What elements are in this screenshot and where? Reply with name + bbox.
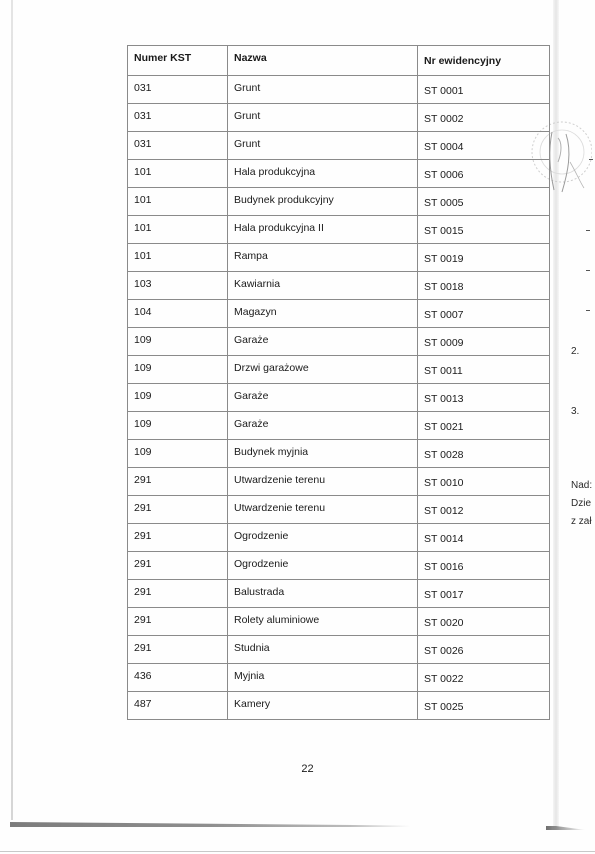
table-row: 436MyjniaST 0022 [128, 664, 550, 692]
cell-nazwa: Drzwi garażowe [228, 356, 418, 384]
cell-nazwa: Garaże [228, 384, 418, 412]
cell-numer-kst: 291 [128, 524, 228, 552]
cell-nazwa: Myjnia [228, 664, 418, 692]
page-bottom-shadow [10, 822, 410, 827]
cell-nazwa: Rolety aluminiowe [228, 608, 418, 636]
table-row: 109GarażeST 0013 [128, 384, 550, 412]
table-row: 109GarażeST 0009 [128, 328, 550, 356]
header-numer-kst: Numer KST [128, 46, 228, 76]
cell-nr-ewidencyjny: ST 0012 [418, 496, 550, 524]
table-row: 103KawiarniaST 0018 [128, 272, 550, 300]
cell-nr-ewidencyjny: ST 0004 [418, 132, 550, 160]
cell-numer-kst: 291 [128, 468, 228, 496]
table-row: 031GruntST 0002 [128, 104, 550, 132]
adjacent-item-2: 2. [571, 346, 579, 357]
cell-nr-ewidencyjny: ST 0005 [418, 188, 550, 216]
cell-nr-ewidencyjny: ST 0025 [418, 692, 550, 720]
cell-nazwa: Ogrodzenie [228, 524, 418, 552]
cell-nazwa: Ogrodzenie [228, 552, 418, 580]
bleed-dash [589, 159, 593, 160]
cell-nr-ewidencyjny: ST 0028 [418, 440, 550, 468]
cell-nr-ewidencyjny: ST 0009 [418, 328, 550, 356]
scanned-page: Numer KST Nazwa Nr ewidencyjny 031GruntS… [0, 0, 595, 854]
cell-nr-ewidencyjny: ST 0011 [418, 356, 550, 384]
table-row: 101RampaST 0019 [128, 244, 550, 272]
cell-numer-kst: 101 [128, 188, 228, 216]
cell-nazwa: Garaże [228, 412, 418, 440]
header-nazwa: Nazwa [228, 46, 418, 76]
table-row: 101Budynek produkcyjnyST 0005 [128, 188, 550, 216]
table-row: 031GruntST 0004 [128, 132, 550, 160]
cell-nr-ewidencyjny: ST 0018 [418, 272, 550, 300]
table-row: 291OgrodzenieST 0014 [128, 524, 550, 552]
cell-numer-kst: 101 [128, 244, 228, 272]
cell-nr-ewidencyjny: ST 0021 [418, 412, 550, 440]
cell-nr-ewidencyjny: ST 0016 [418, 552, 550, 580]
cell-nr-ewidencyjny: ST 0001 [418, 76, 550, 104]
cell-nazwa: Kamery [228, 692, 418, 720]
cell-nazwa: Grunt [228, 76, 418, 104]
cell-nazwa: Rampa [228, 244, 418, 272]
cell-numer-kst: 291 [128, 552, 228, 580]
bleed-dash [586, 230, 590, 231]
cell-nr-ewidencyjny: ST 0015 [418, 216, 550, 244]
table-row: 291Utwardzenie terenuST 0010 [128, 468, 550, 496]
cell-nazwa: Kawiarnia [228, 272, 418, 300]
header-nr-ewidencyjny: Nr ewidencyjny [418, 46, 550, 76]
cell-nazwa: Hala produkcyjna II [228, 216, 418, 244]
cell-nr-ewidencyjny: ST 0013 [418, 384, 550, 412]
cell-numer-kst: 104 [128, 300, 228, 328]
table-header-row: Numer KST Nazwa Nr ewidencyjny [128, 46, 550, 76]
cell-numer-kst: 109 [128, 440, 228, 468]
cell-nr-ewidencyjny: ST 0019 [418, 244, 550, 272]
cell-nazwa: Budynek myjnia [228, 440, 418, 468]
cell-nazwa: Hala produkcyjna [228, 160, 418, 188]
cell-nazwa: Magazyn [228, 300, 418, 328]
bleed-dash [586, 270, 590, 271]
table-body: 031GruntST 0001031GruntST 0002031GruntST… [128, 76, 550, 720]
cell-nr-ewidencyjny: ST 0014 [418, 524, 550, 552]
page-bottom-line [0, 851, 595, 852]
table-row: 291Utwardzenie terenuST 0012 [128, 496, 550, 524]
adjacent-item-3: 3. [571, 406, 579, 417]
cell-numer-kst: 109 [128, 412, 228, 440]
fixed-assets-table: Numer KST Nazwa Nr ewidencyjny 031GruntS… [127, 45, 550, 720]
cell-nazwa: Utwardzenie terenu [228, 468, 418, 496]
table-row: 291OgrodzenieST 0016 [128, 552, 550, 580]
table-row: 109Budynek myjniaST 0028 [128, 440, 550, 468]
cell-nr-ewidencyjny: ST 0026 [418, 636, 550, 664]
cell-numer-kst: 436 [128, 664, 228, 692]
table-row: 291BalustradaST 0017 [128, 580, 550, 608]
cell-numer-kst: 291 [128, 580, 228, 608]
adjacent-line-3: z zał [571, 516, 592, 527]
table-row: 109Drzwi garażoweST 0011 [128, 356, 550, 384]
adjacent-line-1: Nad: [571, 480, 592, 491]
table-row: 109GarażeST 0021 [128, 412, 550, 440]
cell-nr-ewidencyjny: ST 0002 [418, 104, 550, 132]
cell-numer-kst: 031 [128, 132, 228, 160]
table-row: 104MagazynST 0007 [128, 300, 550, 328]
page-fold-corner [546, 826, 586, 830]
cell-numer-kst: 109 [128, 328, 228, 356]
table-row: 031GruntST 0001 [128, 76, 550, 104]
cell-numer-kst: 291 [128, 608, 228, 636]
cell-nazwa: Grunt [228, 104, 418, 132]
cell-numer-kst: 101 [128, 160, 228, 188]
cell-nr-ewidencyjny: ST 0007 [418, 300, 550, 328]
page-left-edge [11, 0, 13, 820]
cell-nr-ewidencyjny: ST 0020 [418, 608, 550, 636]
table-row: 487KameryST 0025 [128, 692, 550, 720]
cell-numer-kst: 101 [128, 216, 228, 244]
table-row: 101Hala produkcyjnaST 0006 [128, 160, 550, 188]
cell-numer-kst: 109 [128, 384, 228, 412]
cell-numer-kst: 291 [128, 636, 228, 664]
cell-numer-kst: 103 [128, 272, 228, 300]
adjacent-line-2: Dzie [571, 498, 591, 509]
cell-numer-kst: 031 [128, 104, 228, 132]
cell-numer-kst: 291 [128, 496, 228, 524]
cell-nr-ewidencyjny: ST 0006 [418, 160, 550, 188]
cell-nazwa: Grunt [228, 132, 418, 160]
cell-nazwa: Balustrada [228, 580, 418, 608]
cell-numer-kst: 487 [128, 692, 228, 720]
cell-nazwa: Utwardzenie terenu [228, 496, 418, 524]
cell-numer-kst: 031 [128, 76, 228, 104]
page-number: 22 [0, 763, 595, 775]
cell-nazwa: Garaże [228, 328, 418, 356]
cell-nr-ewidencyjny: ST 0010 [418, 468, 550, 496]
cell-nr-ewidencyjny: ST 0017 [418, 580, 550, 608]
cell-nazwa: Studnia [228, 636, 418, 664]
cell-nr-ewidencyjny: ST 0022 [418, 664, 550, 692]
table-row: 101Hala produkcyjna IIST 0015 [128, 216, 550, 244]
table-row: 291StudniaST 0026 [128, 636, 550, 664]
cell-numer-kst: 109 [128, 356, 228, 384]
cell-nazwa: Budynek produkcyjny [228, 188, 418, 216]
table-row: 291Rolety aluminioweST 0020 [128, 608, 550, 636]
bleed-dash [586, 310, 590, 311]
